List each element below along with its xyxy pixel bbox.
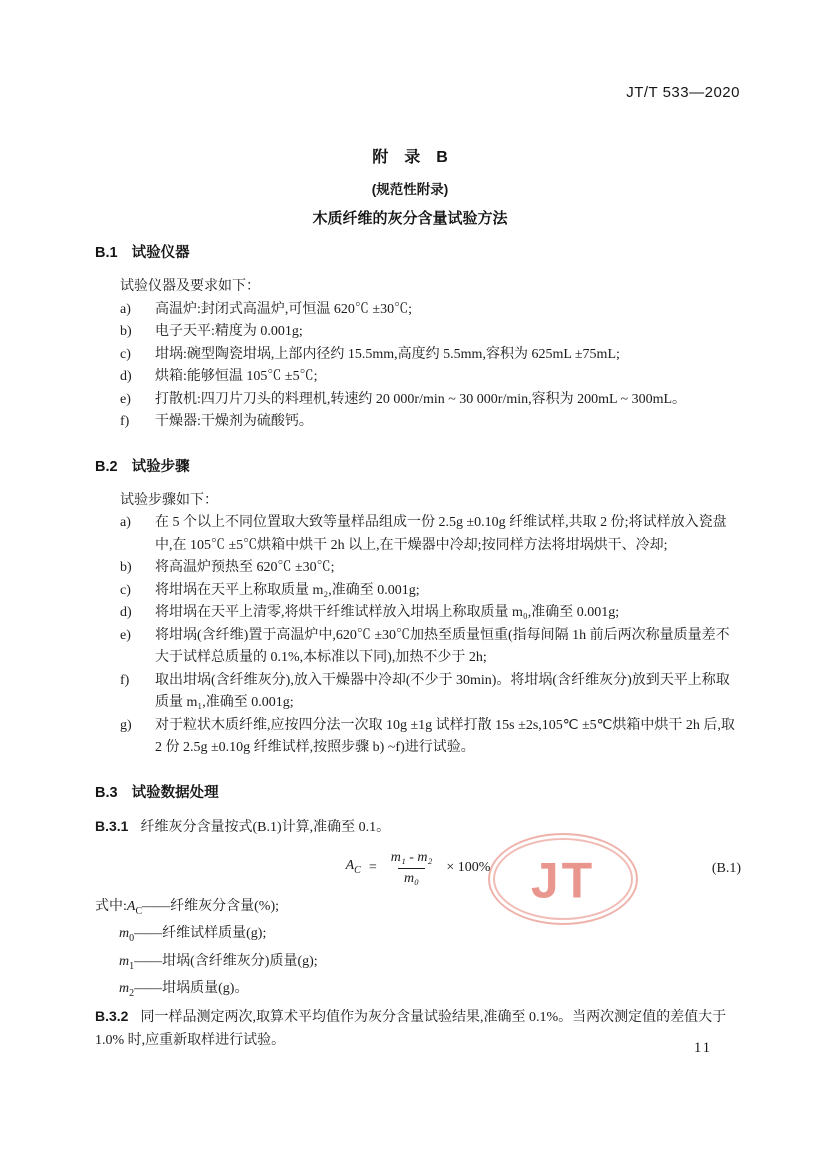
list-item-text: 在 5 个以上不同位置取大致等量样品组成一份 2.5g ±0.10g 纤维试样,… xyxy=(155,512,741,557)
list-item: a) 在 5 个以上不同位置取大致等量样品组成一份 2.5g ±0.10g 纤维… xyxy=(95,512,741,557)
list-item: b) 电子天平:精度为 0.001g; xyxy=(95,321,741,344)
list-item: b) 将高温炉预热至 620℃ ±30℃; xyxy=(95,557,741,580)
formula-lhs: AC xyxy=(346,855,361,882)
section-b2-heading: B.2试验步骤 xyxy=(95,457,741,477)
list-item-marker: c) xyxy=(95,344,155,367)
list-item: c) 坩埚:碗型陶瓷坩埚,上部内径约 15.5mm,高度约 5.5mm,容积为 … xyxy=(95,344,741,367)
list-item: f) 取出坩埚(含纤维灰分),放入干燥器中冷却(不少于 30min)。将坩埚(含… xyxy=(95,670,741,715)
list-item-marker: a) xyxy=(95,512,155,557)
list-item-text: 将坩埚在天平上清零,将烘干纤维试样放入坩埚上称取质量 m₀,准确至 0.001g… xyxy=(155,602,741,625)
clause-b32: B.3.2同一样品测定两次,取算术平均值作为灰分含量试验结果,准确至 0.1%。… xyxy=(95,1005,741,1052)
list-item: g) 对于粒状木质纤维,应按四分法一次取 10g ±1g 试样打散 15s ±2… xyxy=(95,715,741,760)
b2-intro: 试验步骤如下： xyxy=(120,490,741,513)
list-item-marker: f) xyxy=(95,411,155,434)
clause-b31: B.3.1纤维灰分含量按式(B.1)计算,准确至 0.1。 xyxy=(95,815,741,840)
list-item-text: 将坩埚在天平上称取质量 m₂,准确至 0.001g; xyxy=(155,580,741,603)
title-block: 附 录 B (规范性附录) 木质纤维的灰分含量试验方法 xyxy=(0,144,820,228)
list-item-marker: b) xyxy=(95,557,155,580)
list-item-text: 干燥器:干燥剂为硫酸钙。 xyxy=(155,411,741,434)
list-item-text: 对于粒状木质纤维,应按四分法一次取 10g ±1g 试样打散 15s ±2s,1… xyxy=(155,715,741,760)
formula-denominator: m₀ xyxy=(398,868,425,888)
definition-line: 式中:AC——纤维灰分含量(%); xyxy=(95,896,741,923)
section-b3-title: 试验数据处理 xyxy=(132,785,219,801)
main-content: B.1试验仪器 试验仪器及要求如下： a) 高温炉:封闭式高温炉,可恒温 620… xyxy=(95,243,741,1052)
list-item-text: 取出坩埚(含纤维灰分),放入干燥器中冷却(不少于 30min)。将坩埚(含纤维灰… xyxy=(155,670,741,715)
list-item-marker: c) xyxy=(95,580,155,603)
where-prefix: 式中: xyxy=(95,899,127,914)
formula-expression: AC = m₁ - m₂ m₀ × 100% xyxy=(346,849,491,888)
definition-line: m0——纤维试样质量(g); xyxy=(95,923,741,950)
list-item-text: 打散机:四刀片刀头的料理机,转速约 20 000r/min ~ 30 000r/… xyxy=(155,389,741,412)
section-b1-heading: B.1试验仪器 xyxy=(95,243,741,263)
b1-intro: 试验仪器及要求如下： xyxy=(120,276,741,299)
section-b2-title: 试验步骤 xyxy=(132,459,190,475)
list-item-marker: a) xyxy=(95,299,155,322)
definition-text: ——纤维灰分含量(%); xyxy=(142,899,279,914)
definition-text: ——坩埚质量(g)。 xyxy=(134,981,248,996)
list-item-text: 坩埚:碗型陶瓷坩埚,上部内径约 15.5mm,高度约 5.5mm,容积为 625… xyxy=(155,344,741,367)
section-b3-heading: B.3试验数据处理 xyxy=(95,783,741,803)
list-item: e) 将坩埚(含纤维)置于高温炉中,620℃ ±30℃加热至质量恒重(指每间隔 … xyxy=(95,625,741,670)
list-item-marker: e) xyxy=(95,389,155,412)
list-item: d) 烘箱:能够恒温 105℃ ±5℃; xyxy=(95,366,741,389)
definition-symbol: m xyxy=(119,926,129,941)
list-item-marker: b) xyxy=(95,321,155,344)
equation-number: (B.1) xyxy=(712,857,741,880)
formula-equals: = xyxy=(369,857,377,880)
list-item: e) 打散机:四刀片刀头的料理机,转速约 20 000r/min ~ 30 00… xyxy=(95,389,741,412)
section-b3-label: B.3 xyxy=(95,785,118,801)
where-definitions: 式中:AC——纤维灰分含量(%); m0——纤维试样质量(g); m1——坩埚(… xyxy=(95,896,741,1005)
section-b1-label: B.1 xyxy=(95,245,118,261)
list-item: c) 将坩埚在天平上称取质量 m₂,准确至 0.001g; xyxy=(95,580,741,603)
formula-b1: AC = m₁ - m₂ m₀ × 100% (B.1) xyxy=(95,849,741,888)
definition-symbol: m xyxy=(119,954,129,969)
section-b2-label: B.2 xyxy=(95,459,118,475)
definition-line: m2——坩埚质量(g)。 xyxy=(95,978,741,1005)
clause-b31-text: 纤维灰分含量按式(B.1)计算,准确至 0.1。 xyxy=(140,820,390,835)
list-item: f) 干燥器:干燥剂为硫酸钙。 xyxy=(95,411,741,434)
list-item-marker: f) xyxy=(95,670,155,715)
list-item: d) 将坩埚在天平上清零,将烘干纤维试样放入坩埚上称取质量 m₀,准确至 0.0… xyxy=(95,602,741,625)
definition-line: m1——坩埚(含纤维灰分)质量(g); xyxy=(95,951,741,978)
clause-b32-text: 同一样品测定两次,取算术平均值作为灰分含量试验结果,准确至 0.1%。当两次测定… xyxy=(95,1010,726,1048)
appendix-subtitle: (规范性附录) xyxy=(0,178,820,198)
formula-lhs-base: A xyxy=(346,858,355,873)
definition-text: ——坩埚(含纤维灰分)质量(g); xyxy=(134,954,318,969)
document-page: JT JT/T 533—2020 附 录 B (规范性附录) 木质纤维的灰分含量… xyxy=(0,0,820,1158)
list-item-marker: g) xyxy=(95,715,155,760)
list-item-text: 电子天平:精度为 0.001g; xyxy=(155,321,741,344)
list-item-marker: d) xyxy=(95,602,155,625)
list-item-marker: d) xyxy=(95,366,155,389)
list-item-text: 将高温炉预热至 620℃ ±30℃; xyxy=(155,557,741,580)
formula-numerator: m₁ - m₂ xyxy=(385,849,439,868)
list-item-text: 烘箱:能够恒温 105℃ ±5℃; xyxy=(155,366,741,389)
definition-symbol: m xyxy=(119,981,129,996)
standard-number: JT/T 533—2020 xyxy=(626,84,740,101)
list-item-text: 高温炉:封闭式高温炉,可恒温 620℃ ±30℃; xyxy=(155,299,741,322)
clause-b31-label: B.3.1 xyxy=(95,818,128,834)
b1-list: a) 高温炉:封闭式高温炉,可恒温 620℃ ±30℃; b) 电子天平:精度为… xyxy=(95,299,741,434)
formula-multiplier: × 100% xyxy=(446,857,490,880)
list-item-text: 将坩埚(含纤维)置于高温炉中,620℃ ±30℃加热至质量恒重(指每间隔 1h … xyxy=(155,625,741,670)
formula-fraction: m₁ - m₂ m₀ xyxy=(385,849,439,888)
section-b1-title: 试验仪器 xyxy=(132,245,190,261)
list-item: a) 高温炉:封闭式高温炉,可恒温 620℃ ±30℃; xyxy=(95,299,741,322)
appendix-title: 附 录 B xyxy=(0,144,820,167)
list-item-marker: e) xyxy=(95,625,155,670)
definition-text: ——纤维试样质量(g); xyxy=(134,926,266,941)
b2-list: a) 在 5 个以上不同位置取大致等量样品组成一份 2.5g ±0.10g 纤维… xyxy=(95,512,741,760)
appendix-name: 木质纤维的灰分含量试验方法 xyxy=(0,207,820,228)
clause-b32-label: B.3.2 xyxy=(95,1008,128,1024)
formula-lhs-subscript: C xyxy=(354,865,361,876)
